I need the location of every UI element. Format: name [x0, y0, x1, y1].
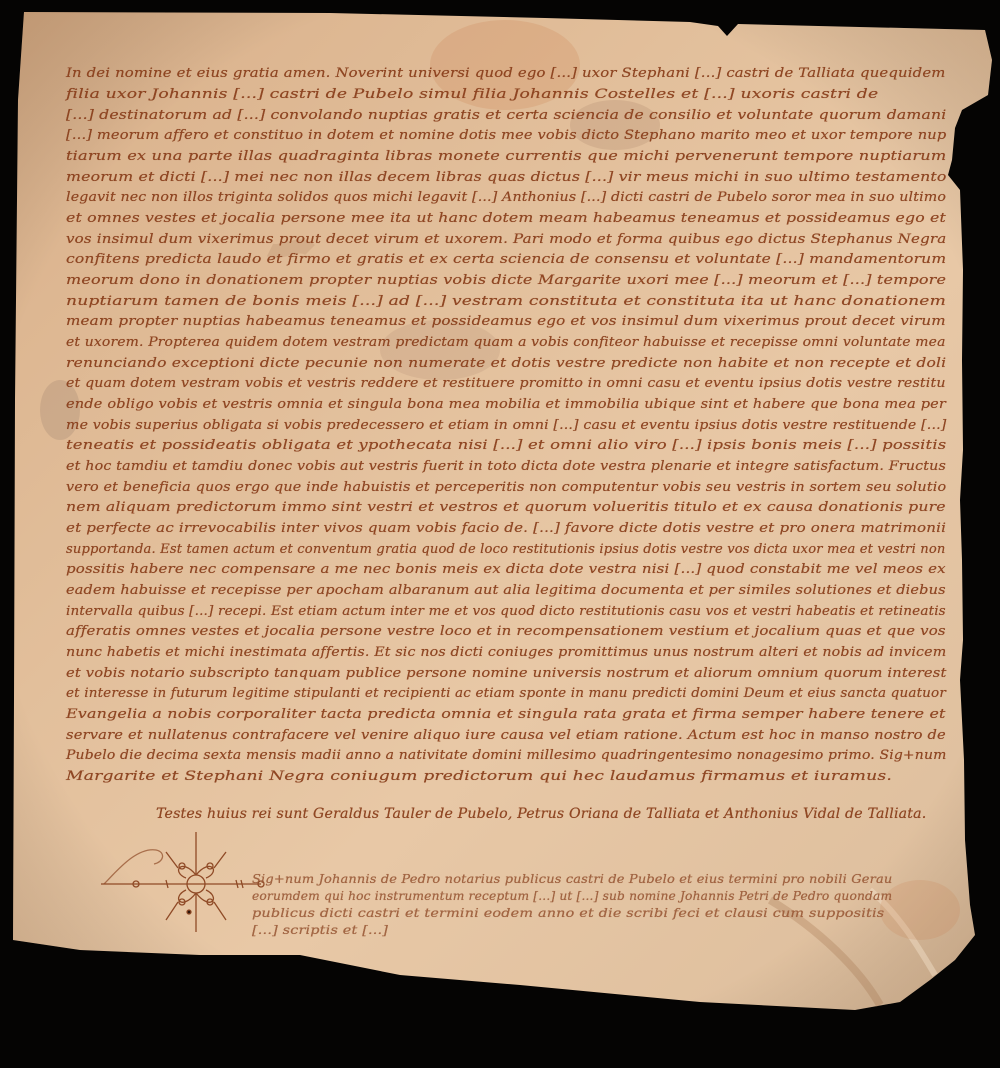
- body-line: vos insimul dum vixerimus prout decet vi…: [66, 232, 946, 247]
- body-line: confitens predicta laudo et firmo et gra…: [66, 252, 946, 267]
- body-line: ende obligo vobis et vestris omnia et si…: [66, 397, 946, 412]
- body-line: teneatis et possideatis obligata et ypot…: [66, 438, 946, 453]
- body-line: vero et beneficia quos ergo que inde hab…: [66, 480, 946, 495]
- body-line: servare et nullatenus contrafacere vel v…: [66, 728, 946, 743]
- body-line: tiarum ex una parte illas quadraginta li…: [66, 149, 946, 164]
- body-line: filia uxor Johannis [...] castri de Pube…: [66, 87, 878, 102]
- body-line: renunciando exceptioni dicte pecunie non…: [66, 356, 946, 371]
- body-line: et perfecte ac irrevocabilis inter vivos…: [66, 521, 946, 536]
- body-line: et interesse in futurum legitime stipula…: [66, 686, 946, 701]
- body-line: nuptiarum tamen de bonis meis [...] ad […: [66, 294, 946, 309]
- notary-line: publicus dicti castri et termini eodem a…: [252, 906, 884, 920]
- body-line: [...] meorum affero et constituo in dote…: [66, 128, 946, 143]
- body-line: eadem habuisse et recepisse per apocham …: [66, 583, 946, 598]
- body-line: et quam dotem vestram vobis et vestris r…: [66, 376, 946, 391]
- body-line: me vobis superius obligata si vobis pred…: [66, 418, 946, 433]
- body-line: afferatis omnes vestes et jocalia person…: [66, 624, 946, 639]
- body-line: legavit nec non illos triginta solidos q…: [66, 190, 946, 205]
- body-line: meorum dono in donationem propter nuptia…: [66, 273, 946, 288]
- body-line: [...] destinatorum ad [...] convolando n…: [66, 108, 946, 123]
- body-line: nem aliquam predictorum immo sint vestri…: [66, 500, 946, 515]
- body-line: et omnes vestes et jocalia persone mee i…: [66, 211, 946, 226]
- notary-line: Sig+num Johannis de Pedro notarius publi…: [252, 872, 892, 886]
- notary-line: [...] scriptis et [...]: [252, 923, 388, 937]
- body-line: et uxorem. Propterea quidem dotem vestra…: [66, 335, 946, 350]
- witness-clause: Testes huius rei sunt Geraldus Tauler de…: [156, 806, 926, 822]
- body-line: et vobis notario subscripto tanquam publ…: [66, 666, 947, 681]
- body-line: meorum et dicti [...] mei nec non illas …: [66, 170, 947, 185]
- body-line: Pubelo die decima sexta mensis madii ann…: [66, 748, 946, 763]
- body-line: In dei nomine et eius gratia amen. Nover…: [66, 66, 946, 81]
- body-line: nunc habetis et michi inestimata afferti…: [66, 645, 946, 660]
- body-line: intervalla quibus [...] recepi. Est etia…: [66, 604, 946, 619]
- body-line: Evangelia a nobis corporaliter tacta pre…: [66, 707, 946, 722]
- body-line: possitis habere nec compensare a me nec …: [66, 562, 946, 577]
- body-line: et hoc tamdiu et tamdiu donec vobis aut …: [66, 459, 946, 474]
- notary-line: eorumdem qui hoc instrumentum receptum […: [252, 889, 892, 903]
- body-line: Margarite et Stephani Negra coniugum pre…: [66, 769, 892, 784]
- body-line: meam propter nuptias habeamus teneamus e…: [66, 314, 946, 329]
- body-line: supportanda. Est tamen actum et conventu…: [66, 542, 946, 557]
